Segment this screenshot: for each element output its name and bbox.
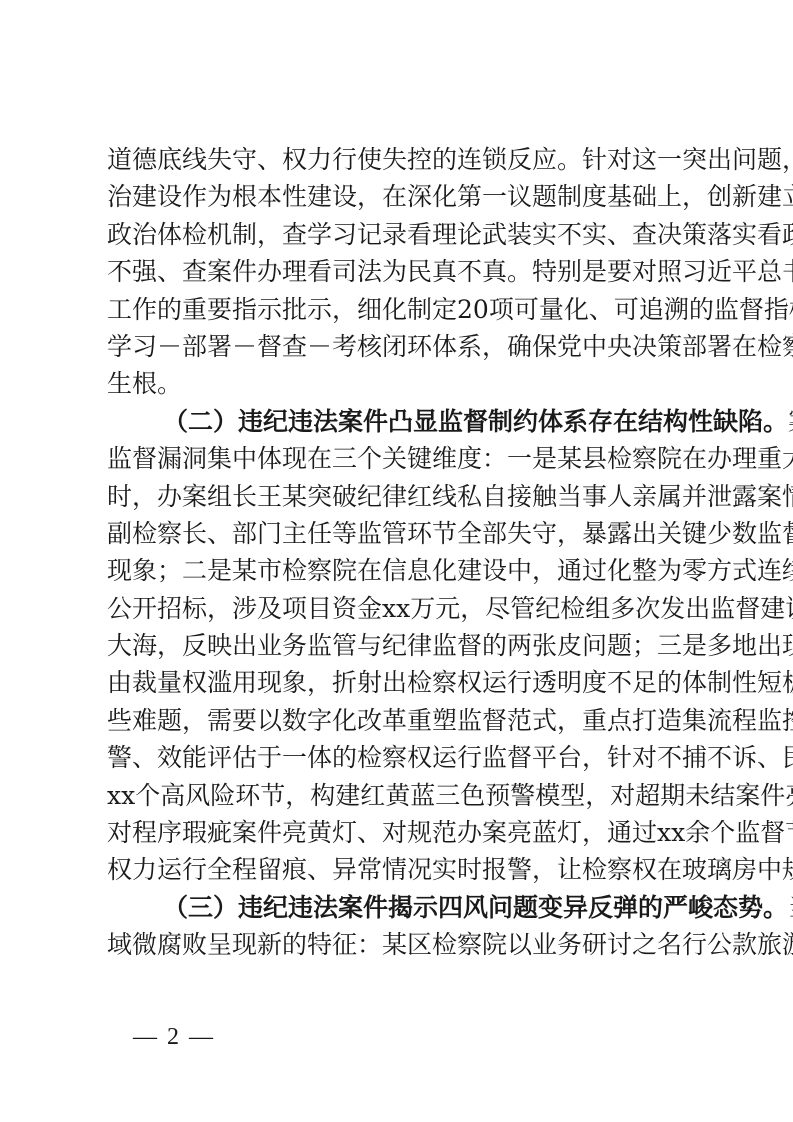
- paragraph-line: 权力运行全程留痕、异常情况实时报警，让检察权在玻璃房中规范行使。: [107, 851, 693, 888]
- section-3-text: 当前司法领: [788, 893, 793, 922]
- paragraph-line: 学习－部署－督查－考核闭环体系，确保党中央决策部署在检察环节落地: [107, 328, 693, 365]
- paragraph-line: 监督漏洞集中体现在三个关键维度：一是某县检察院在办理重大涉黑案件: [107, 440, 693, 477]
- body-text: 道德底线失守、权力行使失控的连锁反应。针对这一突出问题，必须将政 治建设作为根本…: [107, 141, 693, 964]
- paragraph-line: 由裁量权滥用现象，折射出检察权运行透明度不足的体制性短板。破解这: [107, 664, 693, 701]
- paragraph-line: 时，办案组长王某突破纪律红线私自接触当事人亲属并泄露案情，而分管: [107, 478, 693, 515]
- paragraph-line: 些难题，需要以数字化改革重塑监督范式，重点打造集流程监控、风险预: [107, 702, 693, 739]
- paragraph-line: 现象；二是某市检察院在信息化建设中，通过化整为零方式连续三年规避: [107, 552, 693, 589]
- section-2-first-line: （二）违纪违法案件凸显监督制约体系存在结构性缺陷。案件暴露的: [107, 403, 693, 440]
- paragraph-line: 对程序瑕疵案件亮黄灯、对规范办案亮蓝灯，通过xx余个监督节点实现: [107, 814, 693, 851]
- paragraph-line: 域微腐败呈现新的特征：某区检察院以业务研讨之名行公款旅游之实，xx: [107, 926, 693, 963]
- section-3-heading: （三）违纪违法案件揭示四风问题变异反弹的严峻态势。: [163, 893, 788, 922]
- section-2-text: 案件暴露的: [788, 407, 793, 436]
- paragraph-line: 生根。: [107, 365, 693, 402]
- paragraph-line: 不强、查案件办理看司法为民真不真。特别是要对照习近平总书记对政法: [107, 253, 693, 290]
- paragraph-line: 道德底线失守、权力行使失控的连锁反应。针对这一突出问题，必须将政: [107, 141, 693, 178]
- paragraph-line: 公开招标，涉及项目资金xx万元，尽管纪检组多次发出监督建议却石沉: [107, 590, 693, 627]
- page-number: — 2 —: [133, 1024, 215, 1051]
- section-2-heading: （二）违纪违法案件凸显监督制约体系存在结构性缺陷。: [163, 407, 788, 436]
- document-page: 道德底线失守、权力行使失控的连锁反应。针对这一突出问题，必须将政 治建设作为根本…: [0, 0, 793, 1122]
- paragraph-line: xx个高风险环节，构建红黄蓝三色预警模型，对超期未结案件亮红灯、: [107, 777, 693, 814]
- paragraph-line: 治建设作为根本性建设，在深化第一议题制度基础上，创新建立三查三看: [107, 178, 693, 215]
- section-3-first-line: （三）违纪违法案件揭示四风问题变异反弹的严峻态势。当前司法领: [107, 889, 693, 926]
- paragraph-line: 大海，反映出业务监管与纪律监督的两张皮问题；三是多地出现检察官自: [107, 627, 693, 664]
- paragraph-line: 政治体检机制，查学习记录看理论武装实不实、查决策落实看政治担当强: [107, 216, 693, 253]
- paragraph-line: 副检察长、部门主任等监管环节全部失守，暴露出关键少数监督的灯下黑: [107, 515, 693, 552]
- paragraph-line: 警、效能评估于一体的检察权运行监督平台，针对不捕不诉、民事抗诉等: [107, 739, 693, 776]
- paragraph-line: 工作的重要指示批示，细化制定20项可量化、可追溯的监督指标，构建: [107, 291, 693, 328]
